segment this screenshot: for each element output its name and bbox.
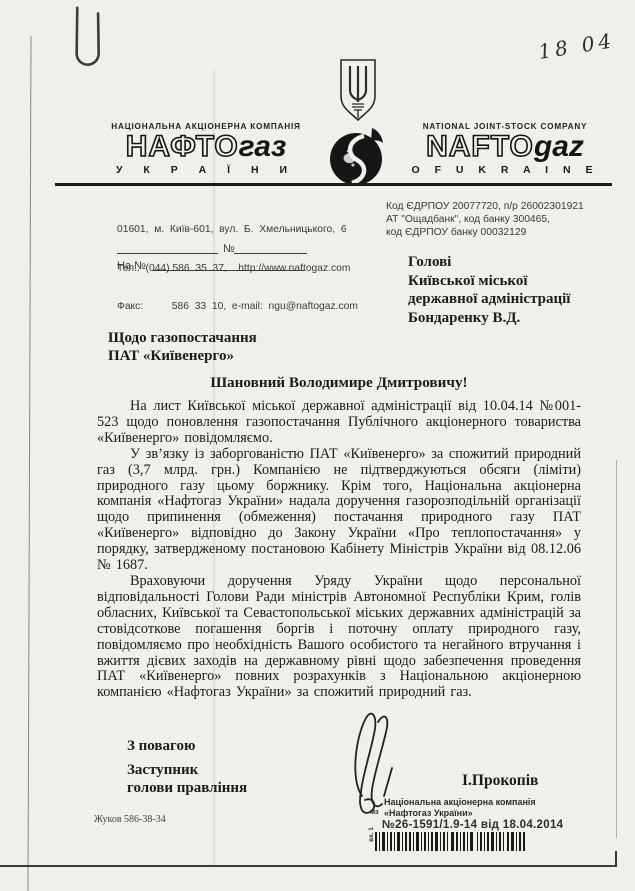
stamp-registration-number: №26-1591/1.9-14 від 18.04.2014 — [382, 819, 618, 831]
body-paragraph: У зв’язку із заборгованістю ПАТ «Київене… — [97, 447, 581, 574]
recipient-line: Бондаренку В.Д. — [408, 309, 570, 328]
page-bottom-edge — [0, 865, 617, 867]
recipient-line: Київської міської — [408, 272, 570, 291]
closing-block: З повагою Заступник голови правління — [127, 737, 247, 797]
paperclip-icon — [63, 3, 106, 84]
stamp-incoming-mark: вх. 1 — [368, 827, 375, 842]
bank-name-line: АТ "Ощадбанк", код банку 300465, — [386, 214, 584, 227]
salutation: Шановний Володимире Дмитровичу! — [97, 374, 581, 392]
wordmark-outline-part: НАФТО — [126, 130, 239, 163]
ukraine-trident-emblem-icon — [336, 56, 380, 128]
body-paragraph: На лист Київської міської державної адмі… — [97, 399, 581, 447]
wordmark-italic-part: газ — [239, 130, 287, 163]
address-line: 01601, м. Київ-601, вул. Б. Хмельницьког… — [117, 224, 358, 237]
signer-position-line: Заступник — [127, 761, 247, 779]
subject-line: Щодо газопостачання — [108, 329, 257, 347]
country-label-en: O F U K R A I N E — [396, 164, 614, 176]
registration-stamp: мз вх. 1 Національна акціонерна компанія… — [368, 797, 618, 851]
stamp-org-line: «Нафтогаз України» — [384, 808, 618, 819]
recipient-line: Голові — [408, 253, 570, 272]
signer-position-line: голови правління — [127, 779, 247, 797]
bank-details-block: Код ЄДРПОУ 20077720, п/р 26002301921 АТ … — [386, 201, 584, 240]
wordmark-outline-part: NAFTO — [426, 130, 534, 163]
page-corner-mark — [615, 851, 617, 867]
wordmark-italic-part: gaz — [534, 130, 584, 163]
page-right-edge — [616, 460, 617, 838]
executor-phone-note: Жуков 586-38-34 — [94, 814, 166, 825]
naftogaz-wordmark-uk: НАФТОгаз — [110, 132, 302, 162]
stamp-barcode — [375, 832, 525, 851]
body-paragraph: Враховуючи доручення Уряду України щодо … — [97, 574, 581, 701]
naftogaz-logo-english: NATIONAL JOINT-STOCK COMPANY NAFTOgaz O … — [396, 122, 614, 176]
country-label-uk: У К Р А Ї Н И — [110, 164, 302, 176]
closing-regards: З повагою — [127, 737, 247, 755]
header-divider-rule — [55, 183, 612, 186]
fax-line: Факс: 586 33 10, e-mail: ngu@naftogaz.co… — [117, 301, 358, 314]
stamp-org-line: Національна акціонерна компанія — [384, 797, 618, 808]
recipient-block: Голові Київської міської державної адмін… — [408, 253, 570, 327]
number-blank-line — [234, 241, 307, 254]
subject-block: Щодо газопостачання ПАТ «Київенерго» — [108, 329, 257, 365]
naftogaz-logo-ukrainian: НАЦІОНАЛЬНА АКЦІОНЕРНА КОМПАНІЯ НАФТОгаз… — [110, 122, 302, 176]
recipient-line: державної адміністрації — [408, 290, 570, 309]
scanned-letter-page: 18 04 НАЦІОНАЛЬНА АКЦІОНЕРНА КОМПАНІЯ НА… — [0, 0, 635, 891]
naftogaz-wordmark-en: NAFTOgaz — [396, 132, 614, 162]
signer-name: І.Прокопів — [462, 772, 538, 790]
edrpou-line: Код ЄДРПОУ 20077720, п/р 26002301921 — [386, 201, 584, 214]
scan-line-artifact — [28, 36, 32, 891]
date-blank-line — [117, 241, 218, 254]
letter-body: Шановний Володимире Дмитровичу! На лист … — [97, 374, 581, 701]
reply-number-blank-line — [152, 258, 304, 271]
handwritten-date-note: 18 04 — [537, 28, 617, 64]
naftogaz-flame-logo-icon — [328, 126, 388, 188]
reply-number-label: На № — [117, 260, 146, 272]
stamp-side-mark: мз — [370, 809, 379, 816]
subject-line: ПАТ «Київенерго» — [108, 347, 257, 365]
bank-code-line: код ЄДРПОУ банку 00032129 — [386, 227, 584, 240]
